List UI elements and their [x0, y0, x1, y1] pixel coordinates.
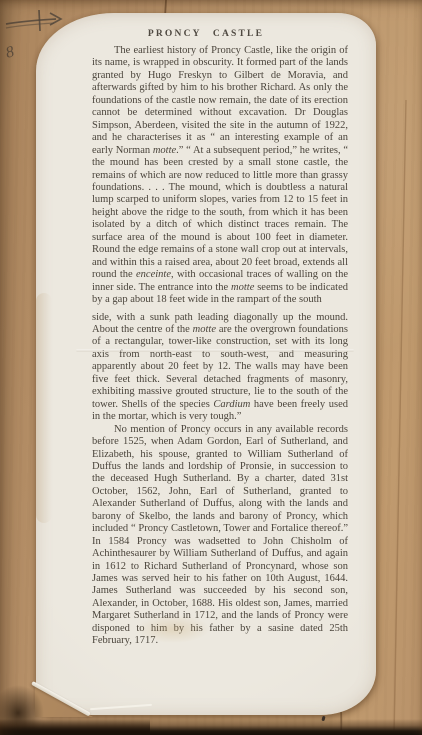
paper-stain-left: [36, 293, 52, 523]
paragraph-continuation: side, with a sunk path leading diagonall…: [92, 312, 348, 424]
paragraph-opening: The earliest history of Proncy Castle, l…: [92, 45, 348, 307]
scrapbook-page: 8 PRONCY CASTLE The earliest history of …: [0, 0, 422, 735]
newspaper-clipping: PRONCY CASTLE The earliest history of Pr…: [36, 13, 376, 715]
board-bottom-edge: [0, 719, 422, 735]
paper-stain-lower: [136, 615, 210, 643]
article-body: The earliest history of Proncy Castle, l…: [92, 45, 348, 648]
article-title: PRONCY CASTLE: [36, 29, 376, 39]
clipping-seam: [76, 349, 354, 352]
paragraph-history: No mention of Proncy occurs in any avail…: [92, 424, 348, 648]
